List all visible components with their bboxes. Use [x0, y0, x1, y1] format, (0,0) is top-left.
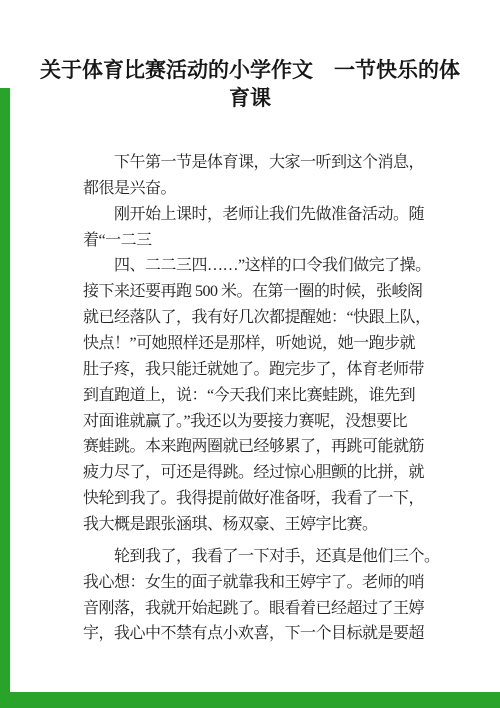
body-line: 着“一二三 — [83, 228, 443, 254]
body-line: 都很是兴奋。 — [83, 176, 443, 202]
body-line: 刚开始上课时，老师让我们先做准备活动。随 — [83, 202, 443, 228]
body-line: 音刚落，我就开始起跳了。眼看着已经超过了王婷 — [83, 596, 443, 622]
body-text: 下午第一节是体育课，大家一听到这个消息，都很是兴奋。刚开始上课时，老师让我们先做… — [83, 150, 443, 647]
body-line: 接下来还要再跑 500 米。在第一圈的时候，张峻阁 — [83, 279, 443, 305]
body-line: 下午第一节是体育课，大家一听到这个消息， — [83, 150, 443, 176]
body-line: 肚子疼，我只能迁就她了。跑完步了，体育老师带 — [83, 357, 443, 383]
body-line: 快点！”可她照样还是那样，听她说，她一跑步就 — [83, 331, 443, 357]
document-page: 关于体育比赛活动的小学作文 一节快乐的体育课 下午第一节是体育课，大家一听到这个… — [0, 0, 500, 708]
body-line: 到直跑道上，说：“今天我们来比赛蛙跳，谁先到 — [83, 383, 443, 409]
body-line: 宇，我心中不禁有点小欢喜，下一个目标就是要超 — [83, 621, 443, 647]
body-line: 我心想：女生的面子就靠我和王婷宇了。老师的哨 — [83, 570, 443, 596]
document-title: 关于体育比赛活动的小学作文 一节快乐的体育课 — [40, 57, 460, 113]
body-line: 就已经落队了，我有好几次都提醒她：“快跟上队， — [83, 305, 443, 331]
body-line: 四、二二三四……”这样的口令我们做完了操。 — [83, 253, 443, 279]
body-line: 我大概是跟张涵琪、杨双豪、王婷宇比赛。 — [83, 512, 443, 538]
body-line: 赛蛙跳。本来跑两圈就已经够累了，再跳可能就筋 — [83, 434, 443, 460]
body-line: 轮到我了，我看了一下对手，还真是他们三个。 — [83, 544, 443, 570]
body-line: 疲力尽了，可还是得跳。经过惊心胆颤的比拼，就 — [83, 460, 443, 486]
green-border-left — [0, 88, 10, 708]
body-line: 对面谁就赢了。”我还以为要接力赛呢，没想要比 — [83, 409, 443, 435]
green-border-bottom — [0, 692, 500, 708]
body-line: 快轮到我了。我得提前做好准备呀，我看了一下， — [83, 486, 443, 512]
